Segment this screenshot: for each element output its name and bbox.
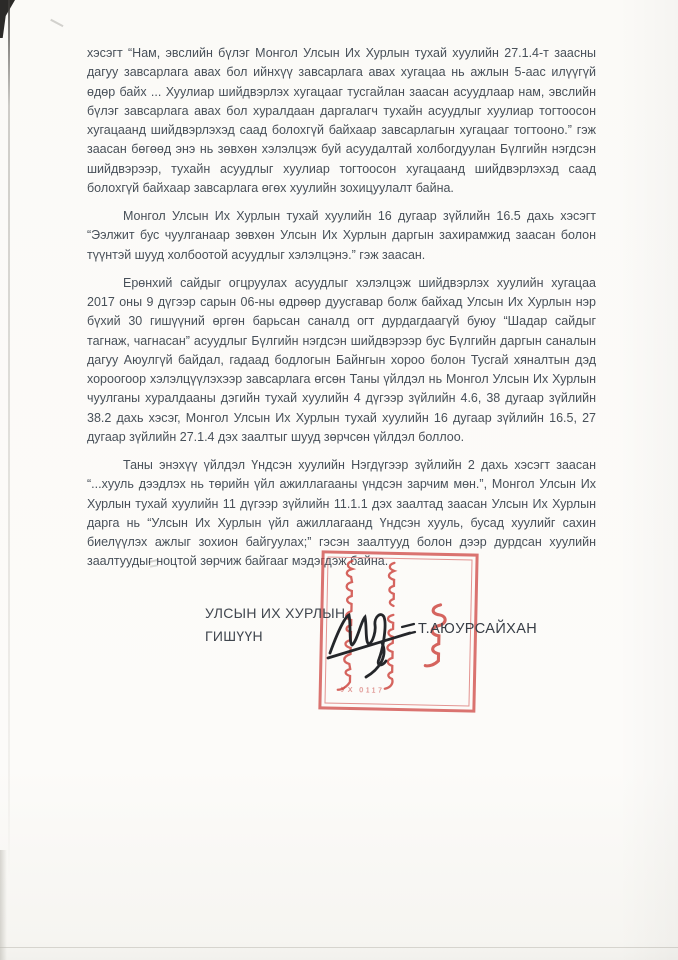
pencil-mark <box>50 19 63 27</box>
scan-bottom-line <box>0 947 678 948</box>
scanned-document-page: хэсэгт “Нам, эвслийн бүлэг Монгол Улсын … <box>0 0 678 960</box>
scan-edge-bottom <box>0 850 7 960</box>
body-paragraph-2: Монгол Улсын Их Хурлын тухай хуулийн 16 … <box>87 207 596 265</box>
signer-title: УЛСЫН ИХ ХУРЛЫН ГИШҮҮН <box>205 602 345 647</box>
signer-title-line1: УЛСЫН ИХ ХУРЛЫН <box>205 602 345 625</box>
letter-body: хэсэгт “Нам, эвслийн бүлэг Монгол Улсын … <box>87 44 596 581</box>
scan-edge-line <box>8 0 10 880</box>
stamp-serial-number: УХ 0117 <box>341 687 385 695</box>
body-paragraph-1: хэсэгт “Нам, эвслийн бүлэг Монгол Улсын … <box>87 44 596 198</box>
signer-name: Т.АЮУРСАЙХАН <box>418 621 537 637</box>
body-paragraph-3: Ерөнхий сайдыг огцруулах асуудлыг хэлэлц… <box>87 274 596 447</box>
scan-right-shading <box>618 0 678 960</box>
signer-title-line2: ГИШҮҮН <box>205 625 345 648</box>
